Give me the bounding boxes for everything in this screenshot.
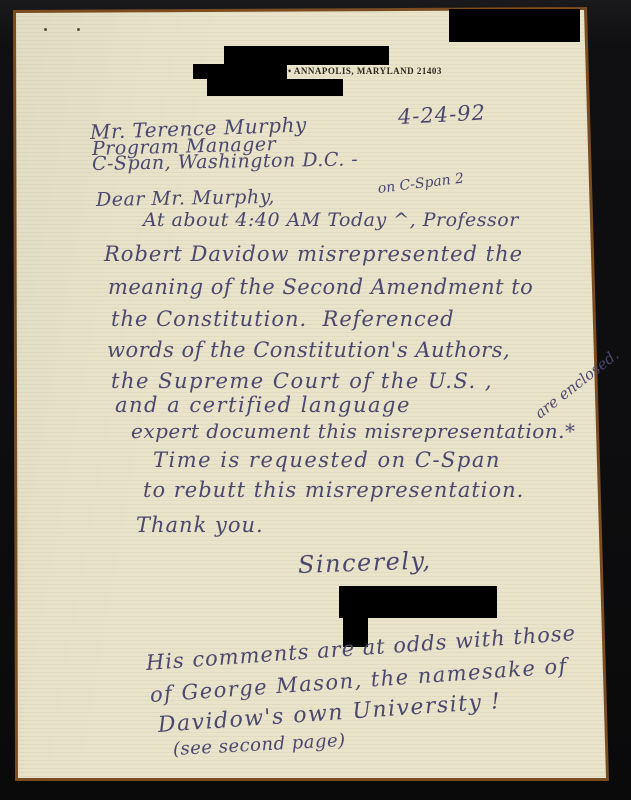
staple-hole	[44, 28, 47, 31]
letter-date: 4-24-92	[397, 101, 486, 129]
body-line: and a certified language	[115, 394, 411, 417]
redaction-letterhead-line-2	[193, 64, 287, 79]
staple-hole	[77, 28, 80, 31]
body-line: Time is requested on C-Span	[153, 449, 501, 472]
body-line: to rebutt this misrepresentation.	[143, 479, 524, 502]
body-line: the Constitution. Referenced	[111, 308, 455, 331]
body-line: the Supreme Court of the U.S. ,	[111, 370, 493, 393]
recipient-line: C-Span, Washington D.C. -	[92, 149, 359, 175]
body-line: expert document this misrepresentation.*	[131, 420, 576, 442]
redaction-top-right-corner	[449, 9, 580, 42]
letterhead-city-line: • ANNAPOLIS, MARYLAND 21403	[288, 66, 442, 76]
body-line: Thank you.	[136, 514, 264, 537]
scanned-letter-page: • ANNAPOLIS, MARYLAND 21403 4-24-92 Mr. …	[0, 0, 631, 800]
redaction-letterhead-line-1	[224, 46, 389, 65]
redaction-signature	[339, 586, 497, 618]
closing: Sincerely,	[298, 547, 432, 578]
body-line: Robert Davidow misrepresented the	[104, 243, 523, 266]
salutation: Dear Mr. Murphy,	[96, 187, 275, 211]
redaction-letterhead-line-3	[207, 79, 343, 96]
body-line: meaning of the Second Amendment to	[108, 276, 533, 299]
body-line: words of the Constitution's Authors,	[107, 339, 510, 362]
body-line: At about 4:40 AM Today ^, Professor	[143, 210, 519, 231]
